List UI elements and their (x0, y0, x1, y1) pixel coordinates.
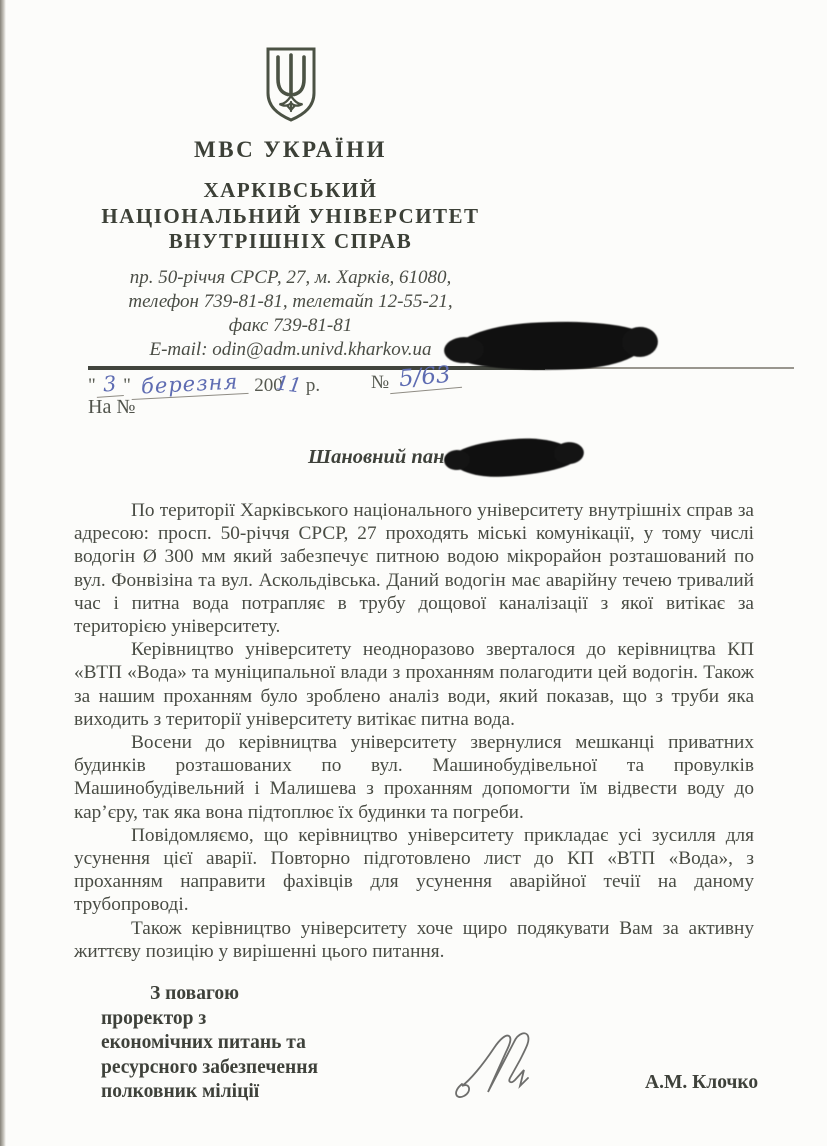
signer-title-line4: полковник міліції (101, 1080, 411, 1105)
signer-title-line3: ресурсного забезпечення (101, 1056, 411, 1081)
number-label: № (371, 372, 389, 393)
university-name-line2: НАЦІОНАЛЬНИЙ УНІВЕРСИТЕТ (58, 204, 523, 230)
university-name-line3: ВНУТРІШНІХ СПРАВ (58, 229, 523, 255)
signer-name: А.М. Клочко (645, 1072, 758, 1094)
year-suffix: р. (306, 375, 320, 396)
scan-edge-artifact (0, 0, 6, 1146)
fax-line: факс 739-81-81 (58, 314, 523, 338)
paragraph-1: По території Харківського національного … (74, 499, 754, 638)
letter-body: По території Харківського національного … (74, 499, 754, 963)
number-group: №5/63 (371, 368, 461, 395)
handwritten-number: 5/63 (388, 361, 462, 394)
letterhead-rule-dark (88, 366, 545, 370)
signature-block: З повагою проректор з економічних питань… (101, 982, 411, 1105)
closing-phrase: З повагою (101, 982, 411, 1007)
university-name-line1: ХАРКІВСЬКИЙ (58, 178, 523, 204)
signer-title-line2: економічних питань та (101, 1031, 411, 1056)
ministry-name: МВС УКРАЇНИ (58, 137, 523, 163)
handwritten-day: 3 (95, 371, 124, 398)
reply-to-label: На № (88, 396, 135, 419)
paragraph-3: Восени до керівництва університету зверн… (74, 731, 754, 824)
address-line: пр. 50-річчя СРСР, 27, м. Харків, 61080, (58, 266, 523, 290)
dateline: "3"березня20011 р. №5/63 (88, 372, 508, 397)
paragraph-5: Також керівництво університету хоче щиро… (74, 917, 754, 963)
handwritten-year-digits: 11 (274, 370, 303, 397)
scanned-letter-page: МВС УКРАЇНИ ХАРКІВСЬКИЙ НАЦІОНАЛЬНИЙ УНІ… (0, 0, 827, 1146)
handwritten-signature (448, 1018, 548, 1110)
letterhead: МВС УКРАЇНИ ХАРКІВСЬКИЙ НАЦІОНАЛЬНИЙ УНІ… (58, 46, 523, 362)
handwritten-month: березня (130, 369, 248, 400)
signer-title-line1: проректор з (101, 1007, 411, 1032)
paragraph-4: Повідомляємо, що керівництво університет… (74, 824, 754, 917)
paragraph-2: Керівництво університету неодноразово зв… (74, 638, 754, 731)
ukraine-trident-shield-icon (264, 46, 318, 124)
redaction-blob-addressee (451, 436, 577, 479)
phone-line: телефон 739-81-81, телетайп 12-55-21, (58, 290, 523, 314)
salutation: Шановний пане (308, 446, 454, 469)
